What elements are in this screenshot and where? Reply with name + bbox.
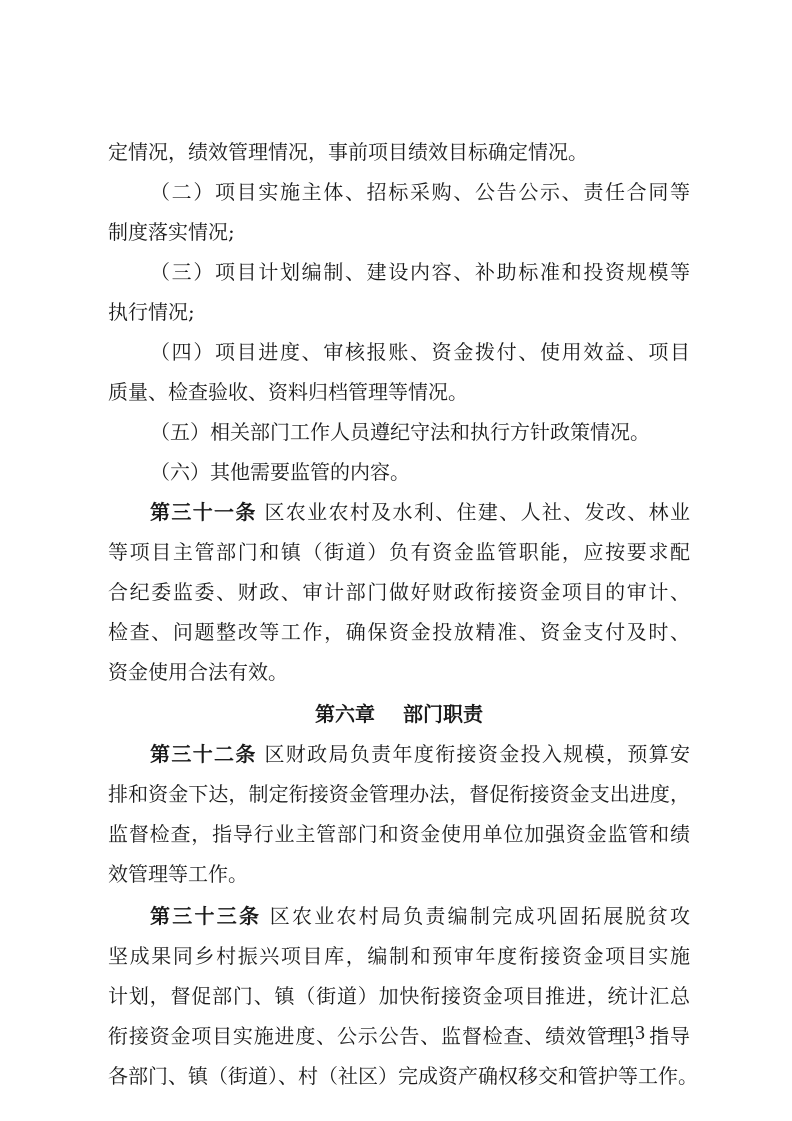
text-line: 合纪委监委、财政、审计部门做好财政衔接资金项目的审计、: [108, 574, 690, 610]
article-31-text: 区农业农村及水利、住建、人社、发改、林业: [264, 500, 690, 524]
article-32-text: 区财政局负责年度衔接资金投入规模，预算安: [264, 742, 690, 766]
text-line: 排和资金下达，制定衔接资金管理办法，督促衔接资金支出进度，: [108, 776, 690, 812]
chapter-heading: 第六章部门职责: [108, 696, 690, 732]
text-line: 监督检查，指导行业主管部门和资金使用单位加强资金监管和绩: [108, 816, 690, 852]
list-item-3: （三）项目计划编制、建设内容、补助标准和投资规模等: [108, 254, 690, 290]
chapter-number: 第六章: [315, 696, 375, 732]
article-33-label: 第三十三条: [150, 904, 261, 928]
text-line: 效管理等工作。: [108, 856, 690, 892]
article-31-label: 第三十一条: [150, 500, 257, 524]
text-line: 质量、检查验收、资料归档管理等情况。: [108, 374, 690, 410]
text-line: 定情况，绩效管理情况，事前项目绩效目标确定情况。: [108, 134, 690, 170]
article-32-label: 第三十二条: [150, 742, 257, 766]
article-32-first-line: 第三十二条 区财政局负责年度衔接资金投入规模，预算安: [108, 736, 690, 772]
text-line: 执行情况;: [108, 294, 690, 330]
chapter-title: 部门职责: [403, 696, 483, 732]
text-line: 坚成果同乡村振兴项目库，编制和预审年度衔接资金项目实施: [108, 938, 690, 974]
list-item-2: （二）项目实施主体、招标采购、公告公示、责任合同等: [108, 174, 690, 210]
page-number: － 13 －: [600, 1018, 670, 1048]
text-line: 制度落实情况;: [108, 214, 690, 250]
list-item-5: （五）相关部门工作人员遵纪守法和执行方针政策情况。: [108, 414, 690, 450]
text-line: 各部门、镇（街道）、村（社区）完成资产确权移交和管护等工作。: [108, 1058, 690, 1094]
text-line: 资金使用合法有效。: [108, 654, 690, 690]
text-line: 等项目主管部门和镇（街道）负有资金监管职能，应按要求配: [108, 534, 690, 570]
article-33-first-line: 第三十三条 区农业农村局负责编制完成巩固拓展脱贫攻: [108, 898, 690, 934]
list-item-6: （六）其他需要监管的内容。: [108, 454, 690, 490]
text-line: 检查、问题整改等工作，确保资金投放精准、资金支付及时、: [108, 614, 690, 650]
text-line: 计划，督促部门、镇（街道）加快衔接资金项目推进，统计汇总: [108, 978, 690, 1014]
article-33-text: 区农业农村局负责编制完成巩固拓展脱贫攻: [270, 904, 690, 928]
article-31-first-line: 第三十一条 区农业农村及水利、住建、人社、发改、林业: [108, 494, 690, 530]
list-item-4: （四）项目进度、审核报账、资金拨付、使用效益、项目: [108, 334, 690, 370]
